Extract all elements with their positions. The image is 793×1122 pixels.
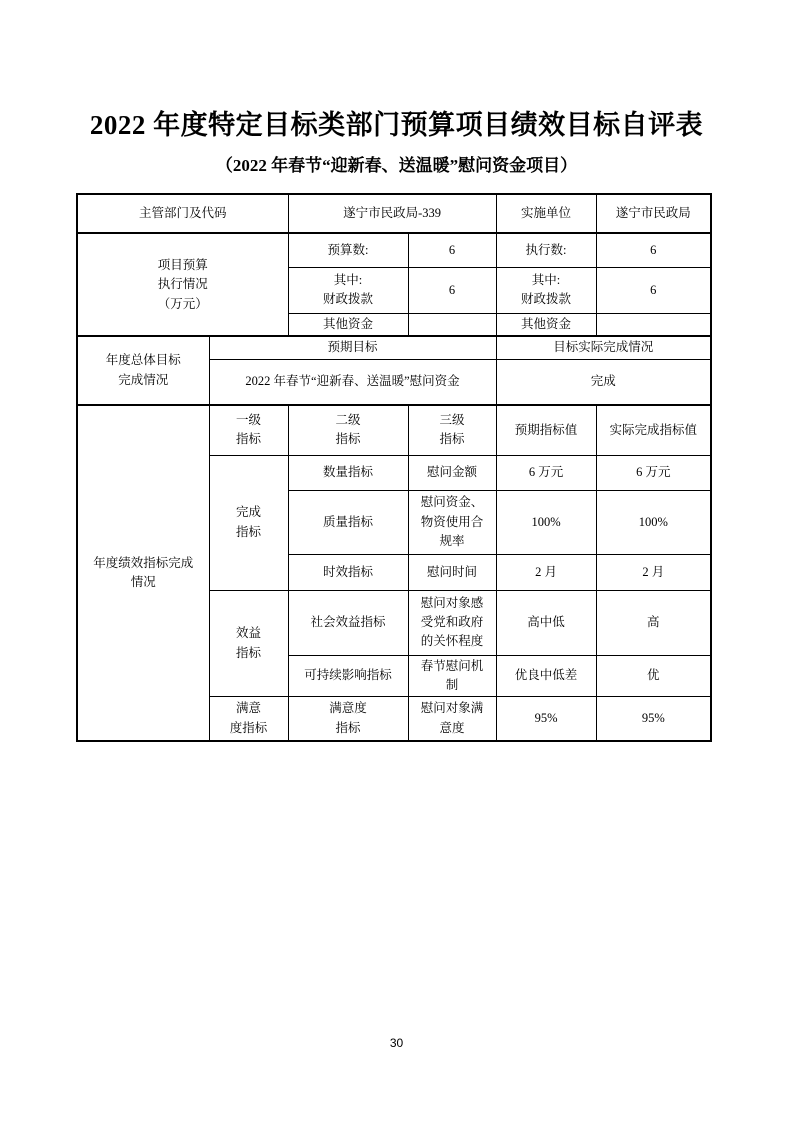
indicator-level2: 满意度 指标 (288, 697, 408, 741)
expected-value-header: 预期指标值 (496, 405, 596, 455)
execution-amount-value: 6 (596, 233, 711, 267)
indicator-level2: 质量指标 (288, 490, 408, 554)
table-row: 主管部门及代码 遂宁市民政局-339 实施单位 遂宁市民政局 (77, 194, 711, 233)
indicator-level3: 慰问对象满 意度 (408, 697, 496, 741)
level3-header: 三级 指标 (408, 405, 496, 455)
other-funds-label-left: 其他资金 (288, 313, 408, 336)
budget-amount-label: 预算数: (288, 233, 408, 267)
group-satisfaction-label: 满意 度指标 (209, 697, 288, 741)
actual-value-header: 实际完成指标值 (596, 405, 711, 455)
self-evaluation-table: 主管部门及代码 遂宁市民政局-339 实施单位 遂宁市民政局 项目预算 执行情况… (76, 193, 712, 742)
indicator-level2: 时效指标 (288, 554, 408, 590)
indicator-actual: 高 (596, 590, 711, 655)
fiscal-allocation-label-left: 其中: 财政拨款 (288, 267, 408, 313)
document-page: 2022 年度特定目标类部门预算项目绩效目标自评表 （2022 年春节“迎新春、… (0, 0, 793, 1122)
other-funds-label-right: 其他资金 (496, 313, 596, 336)
budget-amount-value: 6 (408, 233, 496, 267)
indicator-expected: 高中低 (496, 590, 596, 655)
indicator-level2: 可持续影响指标 (288, 655, 408, 697)
expected-goal-header: 预期目标 (209, 336, 496, 359)
indicator-level3: 慰问对象感 受党和政府 的关怀程度 (408, 590, 496, 655)
indicator-level3: 慰问资金、 物资使用合 规率 (408, 490, 496, 554)
impl-unit-label: 实施单位 (496, 194, 596, 233)
indicator-expected: 95% (496, 697, 596, 741)
indicator-actual: 95% (596, 697, 711, 741)
execution-amount-label: 执行数: (496, 233, 596, 267)
actual-goal-value: 完成 (496, 359, 711, 405)
table-row: 项目预算 执行情况 （万元） 预算数: 6 执行数: 6 (77, 233, 711, 267)
expected-goal-value: 2022 年春节“迎新春、送温暖”慰问资金 (209, 359, 496, 405)
annual-goal-section-label: 年度总体目标 完成情况 (77, 336, 209, 405)
table-row: 年度总体目标 完成情况 预期目标 目标实际完成情况 (77, 336, 711, 359)
indicator-level3: 春节慰问机 制 (408, 655, 496, 697)
indicator-actual: 优 (596, 655, 711, 697)
indicator-actual: 100% (596, 490, 711, 554)
impl-unit-value: 遂宁市民政局 (596, 194, 711, 233)
fiscal-allocation-label-right: 其中: 财政拨款 (496, 267, 596, 313)
indicator-actual: 2 月 (596, 554, 711, 590)
indicator-expected: 6 万元 (496, 455, 596, 490)
indicator-level2: 社会效益指标 (288, 590, 408, 655)
group-benefit-label: 效益 指标 (209, 590, 288, 697)
fiscal-allocation-value-right: 6 (596, 267, 711, 313)
budget-section-label: 项目预算 执行情况 （万元） (77, 233, 288, 336)
table-row: 年度绩效指标完成 情况 一级 指标 二级 指标 三级 指标 预期指标值 实际完成… (77, 405, 711, 455)
indicator-expected: 100% (496, 490, 596, 554)
indicators-section-label: 年度绩效指标完成 情况 (77, 405, 209, 741)
indicator-level2: 数量指标 (288, 455, 408, 490)
page-subtitle: （2022 年春节“迎新春、送温暖”慰问资金项目） (0, 156, 793, 176)
page-title: 2022 年度特定目标类部门预算项目绩效目标自评表 (0, 110, 793, 141)
indicator-expected: 2 月 (496, 554, 596, 590)
other-funds-value-right (596, 313, 711, 336)
group-completion-label: 完成 指标 (209, 455, 288, 590)
indicator-actual: 6 万元 (596, 455, 711, 490)
other-funds-value-left (408, 313, 496, 336)
level1-header: 一级 指标 (209, 405, 288, 455)
indicator-expected: 优良中低差 (496, 655, 596, 697)
actual-goal-header: 目标实际完成情况 (496, 336, 711, 359)
dept-code-label: 主管部门及代码 (77, 194, 288, 233)
level2-header: 二级 指标 (288, 405, 408, 455)
indicator-level3: 慰问金额 (408, 455, 496, 490)
page-number: 30 (0, 1036, 793, 1050)
indicator-level3: 慰问时间 (408, 554, 496, 590)
dept-code-value: 遂宁市民政局-339 (288, 194, 496, 233)
fiscal-allocation-value-left: 6 (408, 267, 496, 313)
